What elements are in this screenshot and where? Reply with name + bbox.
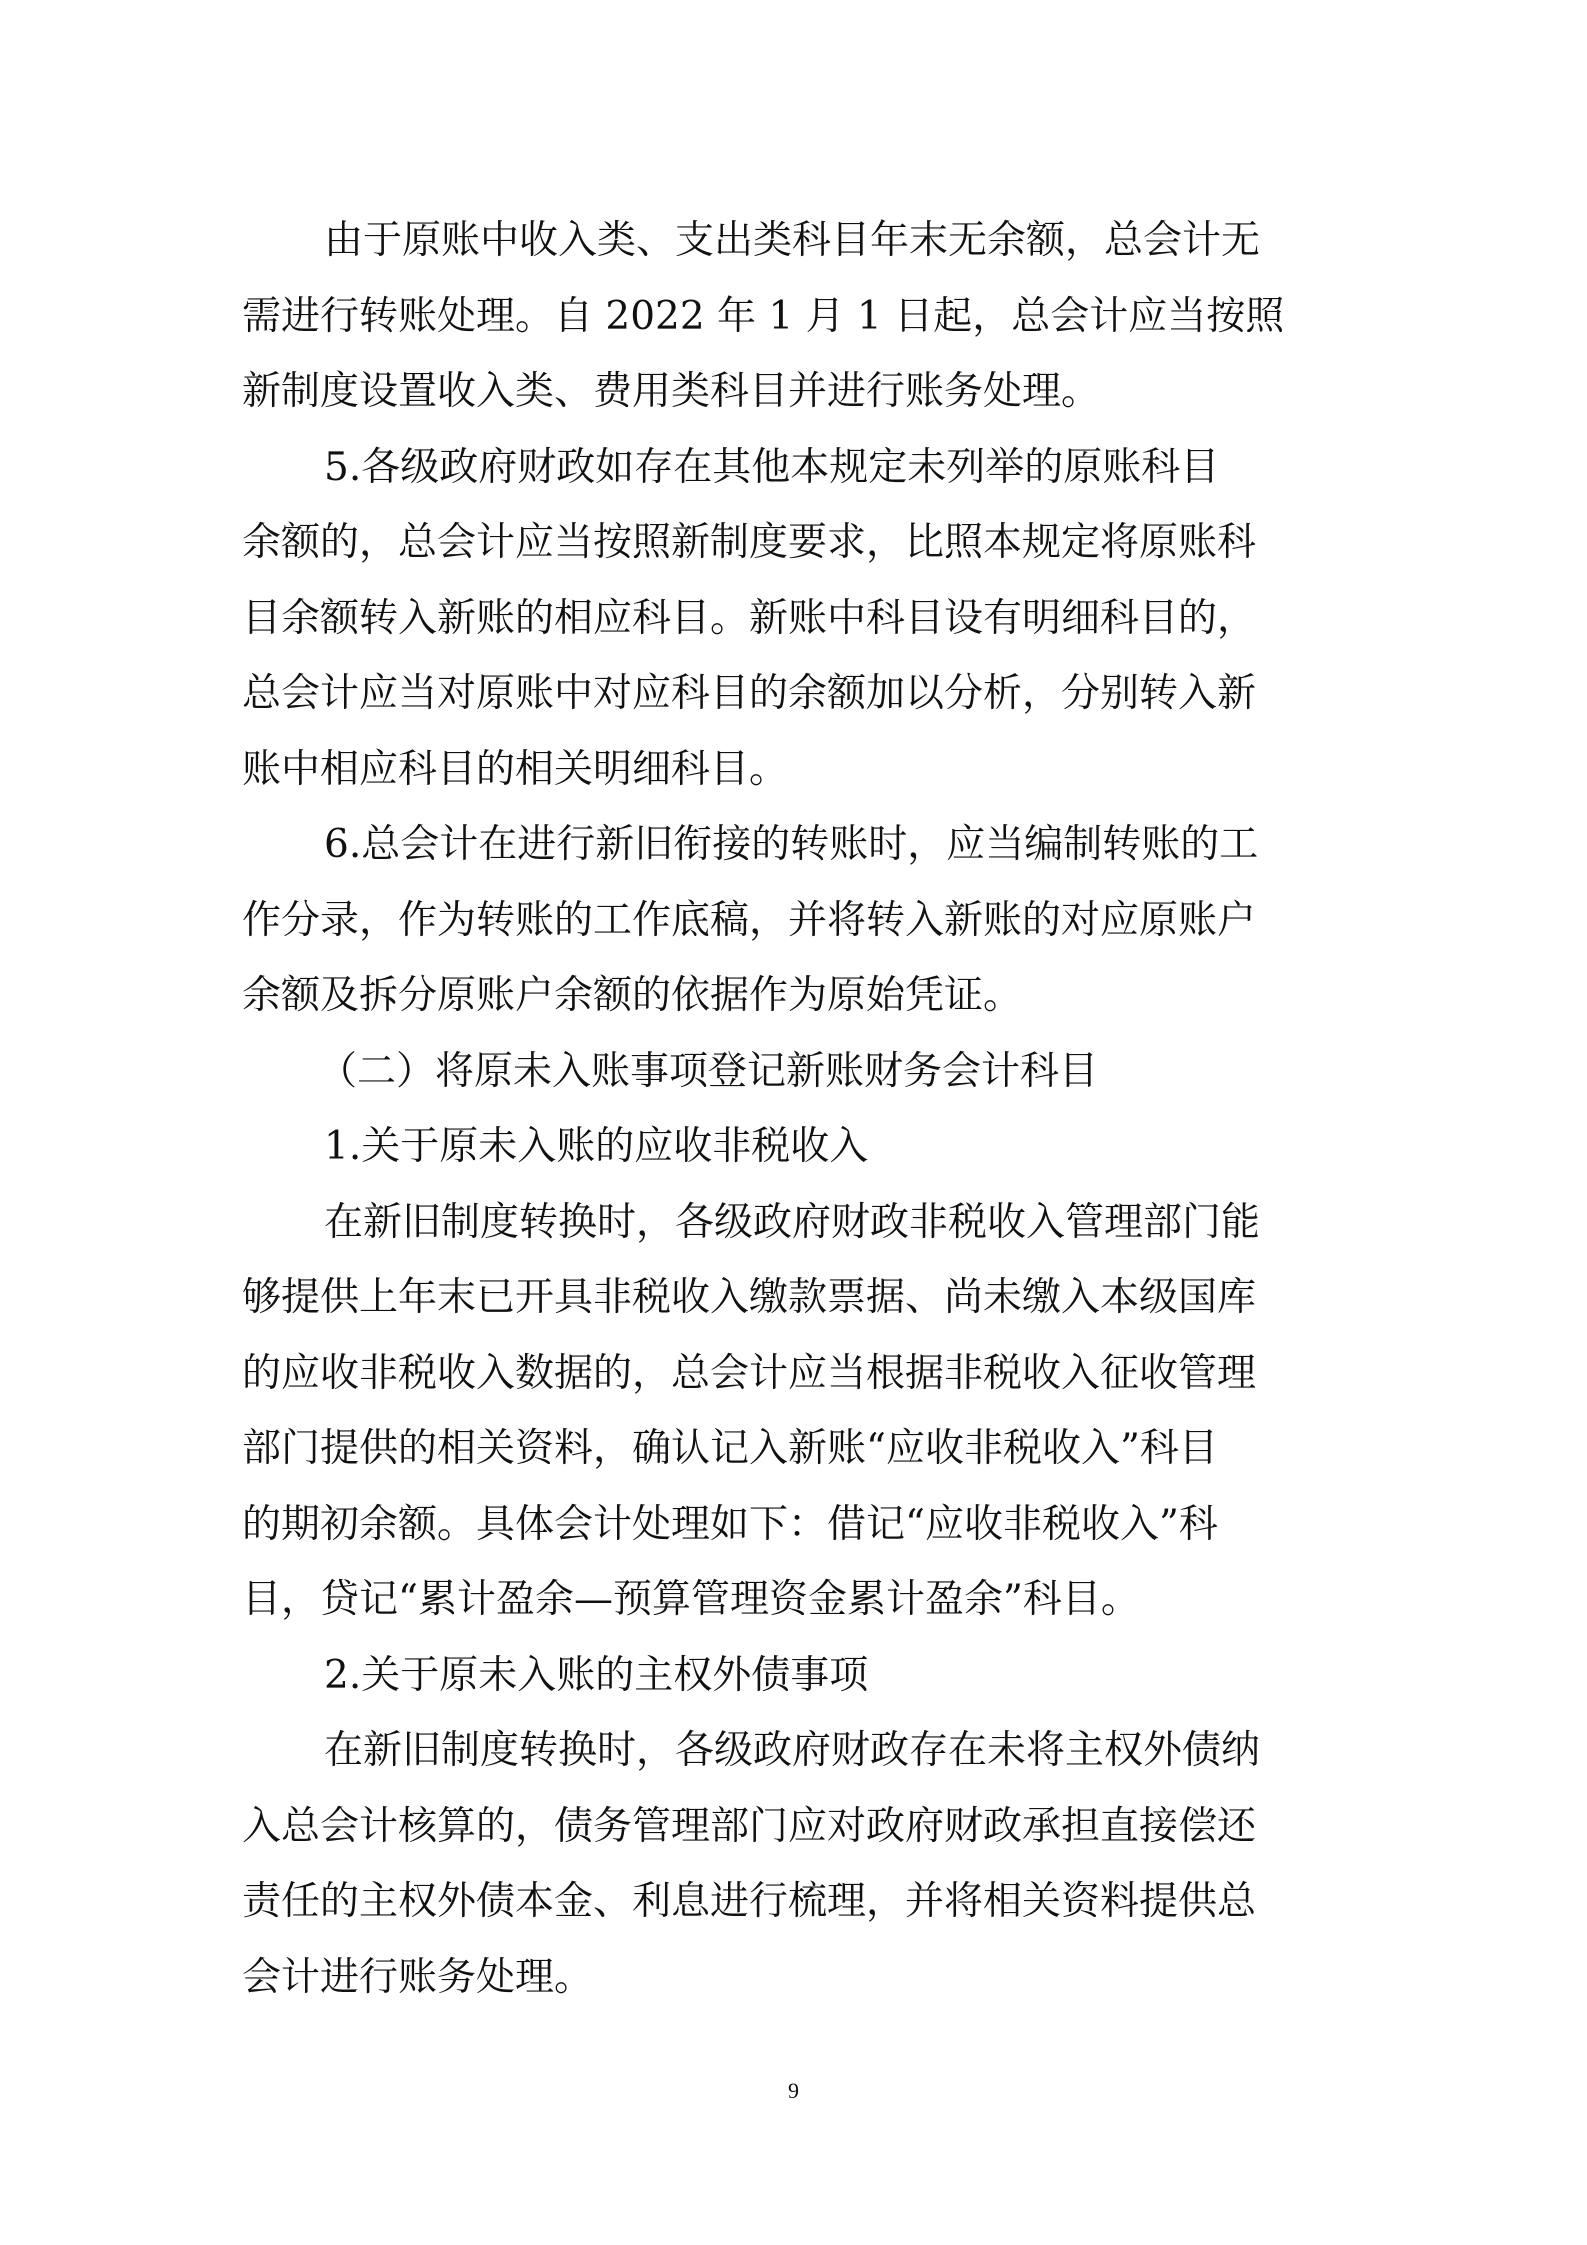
paragraph-line: 目余额转入新账的相应科目。新账中科目设有明细科目的， (242, 581, 1352, 657)
paragraph-line: 新制度设置收入类、费用类科目并进行账务处理。 (242, 354, 1352, 430)
paragraph-line: 账中相应科目的相关明细科目。 (242, 732, 1352, 808)
page-number: 9 (0, 2078, 1587, 2104)
paragraph-line: 在新旧制度转换时，各级政府财政非税收入管理部门能 (242, 1185, 1352, 1261)
paragraph-line: 部门提供的相关资料，确认记入新账“应收非税收入”科目 (242, 1411, 1352, 1487)
paragraph-line: 责任的主权外债本金、利息进行梳理，并将相关资料提供总 (242, 1864, 1352, 1940)
paragraph-line: 的期初余额。具体会计处理如下：借记“应收非税收入”科 (242, 1487, 1352, 1563)
paragraph-line: 够提供上年末已开具非税收入缴款票据、尚未缴入本级国库 (242, 1260, 1352, 1336)
item-5-line: 5.各级政府财政如存在其他本规定未列举的原账科目 (242, 430, 1352, 506)
paragraph-line: 在新旧制度转换时，各级政府财政存在未将主权外债纳 (242, 1713, 1352, 1789)
paragraph-line: 需进行转账处理。自 2022 年 1 月 1 日起，总会计应当按照 (242, 279, 1352, 355)
paragraph-line: 总会计应当对原账中对应科目的余额加以分析，分别转入新 (242, 656, 1352, 732)
paragraph-line: 余额及拆分原账户余额的依据作为原始凭证。 (242, 958, 1352, 1034)
item-6-line: 6.总会计在进行新旧衔接的转账时，应当编制转账的工 (242, 807, 1352, 883)
paragraph-line: 目，贷记“累计盈余—预算管理资金累计盈余”科目。 (242, 1562, 1352, 1638)
subsection-heading-1: 1.关于原未入账的应收非税收入 (242, 1109, 1352, 1185)
paragraph-line: 入总会计核算的，债务管理部门应对政府财政承担直接偿还 (242, 1789, 1352, 1865)
paragraph-line: 会计进行账务处理。 (242, 1940, 1352, 2016)
section-heading: （二）将原未入账事项登记新账财务会计科目 (242, 1034, 1352, 1110)
paragraph-line: 作分录，作为转账的工作底稿，并将转入新账的对应原账户 (242, 883, 1352, 959)
document-body: 由于原账中收入类、支出类科目年末无余额，总会计无 需进行转账处理。自 2022 … (242, 203, 1352, 2015)
paragraph-line: 的应收非税收入数据的，总会计应当根据非税收入征收管理 (242, 1336, 1352, 1412)
paragraph-line: 余额的，总会计应当按照新制度要求，比照本规定将原账科 (242, 505, 1352, 581)
paragraph-line: 由于原账中收入类、支出类科目年末无余额，总会计无 (242, 203, 1352, 279)
subsection-heading-2: 2.关于原未入账的主权外债事项 (242, 1638, 1352, 1714)
